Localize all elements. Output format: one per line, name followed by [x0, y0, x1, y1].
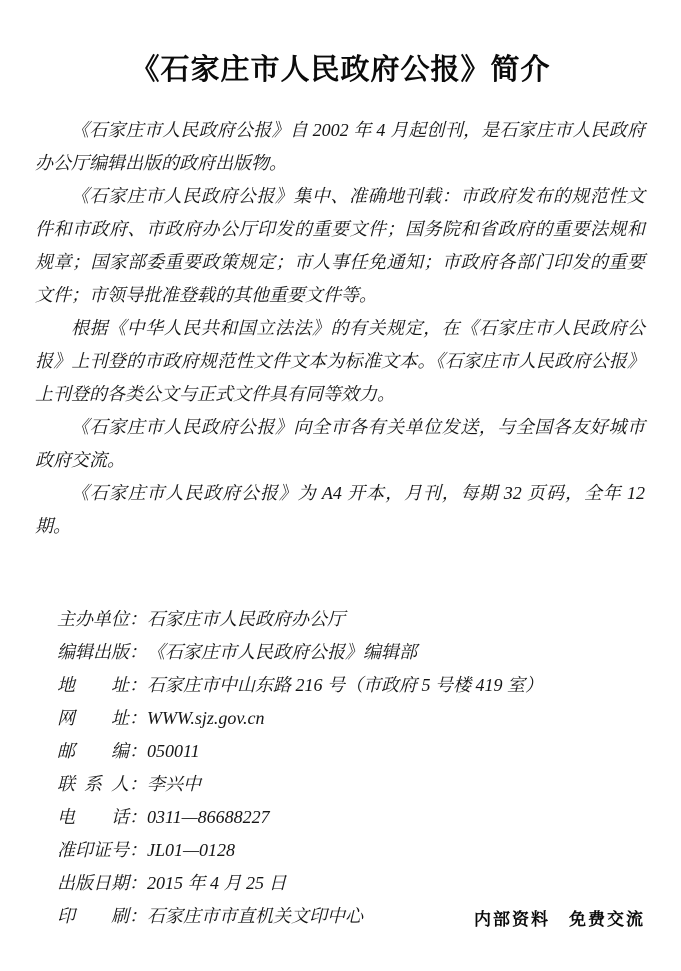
info-label: 地址: [57, 669, 129, 702]
info-value: WWW.sjz.gov.cn: [147, 708, 264, 728]
footer-note: 内部资料 免费交流: [474, 905, 645, 930]
info-label: 网址: [57, 702, 129, 735]
info-value: 《石家庄市人民政府公报》编辑部: [147, 642, 417, 662]
info-label: 联系人: [57, 768, 129, 801]
intro-paragraphs: 《石家庄市人民政府公报》自 2002 年 4 月起创刊，是石家庄市人民政府办公厅…: [35, 114, 645, 543]
paragraph: 《石家庄市人民政府公报》集中、准确地刊载：市政府发布的规范性文件和市政府、市政府…: [35, 180, 645, 312]
info-value: 0311—86688227: [147, 807, 270, 827]
info-colon: ：: [129, 867, 147, 900]
paragraph: 《石家庄市人民政府公报》自 2002 年 4 月起创刊，是石家庄市人民政府办公厅…: [35, 114, 645, 180]
info-colon: ：: [129, 768, 147, 801]
info-row-pubdate: 出版日期：2015 年 4 月 25 日: [57, 867, 645, 900]
info-value: JL01—0128: [147, 840, 235, 860]
info-label: 准印证号: [57, 834, 129, 867]
paragraph: 根据《中华人民共和国立法法》的有关规定，在《石家庄市人民政府公报》上刊登的市政府…: [35, 312, 645, 411]
info-row-sponsor: 主办单位：石家庄市人民政府办公厅: [57, 603, 645, 636]
publication-info-list: 主办单位：石家庄市人民政府办公厅 编辑出版：《石家庄市人民政府公报》编辑部 地址…: [57, 603, 645, 933]
paragraph: 《石家庄市人民政府公报》为 A4 开本，月刊，每期 32 页码，全年 12 期。: [35, 477, 645, 543]
info-label: 编辑出版: [57, 636, 129, 669]
info-colon: ：: [129, 702, 147, 735]
info-value: 2015 年 4 月 25 日: [147, 873, 287, 893]
info-colon: ：: [129, 603, 147, 636]
info-colon: ：: [129, 636, 147, 669]
info-row-phone: 电话：0311—86688227: [57, 801, 645, 834]
info-colon: ：: [129, 801, 147, 834]
info-colon: ：: [129, 834, 147, 867]
info-row-website: 网址：WWW.sjz.gov.cn: [57, 702, 645, 735]
info-row-address: 地址：石家庄市中山东路 216 号（市政府 5 号楼 419 室）: [57, 669, 645, 702]
info-value: 050011: [147, 741, 200, 761]
info-value: 石家庄市人民政府办公厅: [147, 609, 345, 629]
info-colon: ：: [129, 900, 147, 933]
info-row-permit: 准印证号：JL01—0128: [57, 834, 645, 867]
info-value: 石家庄市市直机关文印中心: [147, 906, 363, 926]
info-row-postcode: 邮编：050011: [57, 735, 645, 768]
paragraph: 《石家庄市人民政府公报》向全市各有关单位发送，与全国各友好城市政府交流。: [35, 411, 645, 477]
info-colon: ：: [129, 669, 147, 702]
page-title: 《石家庄市人民政府公报》简介: [36, 52, 645, 88]
info-label: 电话: [57, 801, 129, 834]
info-value: 李兴中: [147, 774, 201, 794]
info-value: 石家庄市中山东路 216 号（市政府 5 号楼 419 室）: [147, 675, 543, 695]
info-row-publisher: 编辑出版：《石家庄市人民政府公报》编辑部: [57, 636, 645, 669]
info-colon: ：: [129, 735, 147, 768]
info-label: 印刷: [57, 900, 129, 933]
info-label: 主办单位: [57, 603, 129, 636]
info-row-contact: 联系人：李兴中: [57, 768, 645, 801]
info-label: 邮编: [57, 735, 129, 768]
info-label: 出版日期: [57, 867, 129, 900]
document-page: 《石家庄市人民政府公报》简介 《石家庄市人民政府公报》自 2002 年 4 月起…: [0, 0, 681, 971]
